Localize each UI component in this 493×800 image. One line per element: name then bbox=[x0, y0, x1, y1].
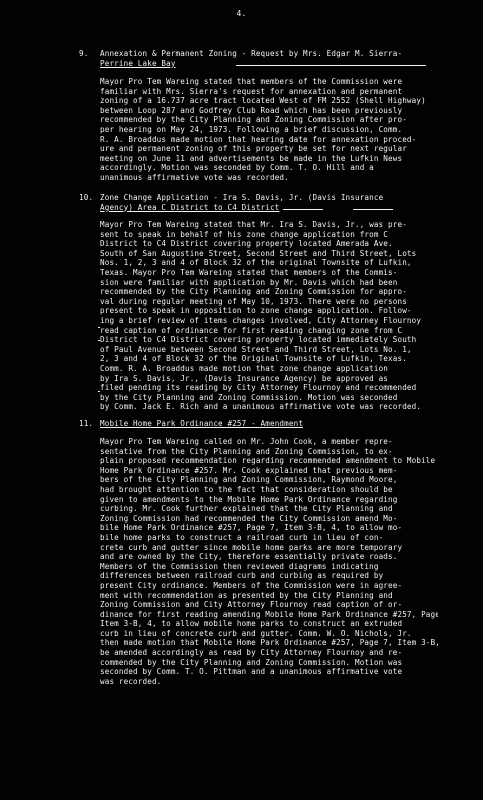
item-heading: Mobile Home Park Ordinance #257 - Amendm… bbox=[100, 419, 440, 429]
body-line: Nos. 1, 2, 3 and 4 of Block 32 of the or… bbox=[100, 258, 438, 268]
body-line: had brought attention to the fact that c… bbox=[100, 485, 438, 495]
body-line: by Comm. Jack E. Rich and a unanimous af… bbox=[100, 402, 438, 412]
item-number: 9. bbox=[79, 49, 99, 59]
body-line: Comm. R. A. Broaddus made motion that zo… bbox=[100, 364, 438, 374]
body-line: Mayor Pro Tem Wareing called on Mr. John… bbox=[100, 437, 438, 447]
body-line: familiar with Mrs. Sierra's request for … bbox=[100, 87, 438, 97]
heading-text: Perrine Lake Bay bbox=[100, 59, 176, 68]
body-line: Zoning Commission had recommended the Ci… bbox=[100, 514, 438, 524]
body-line: curb in lieu of concrete curb and gutter… bbox=[100, 629, 438, 639]
body-line: ure and permanent zoning of this propert… bbox=[100, 144, 438, 154]
item-body: Mayor Pro Tem Wareing called on Mr. John… bbox=[100, 437, 438, 686]
fill-rule bbox=[236, 59, 426, 66]
body-line: bile home parks to construct a railroad … bbox=[100, 533, 438, 543]
page-number: 4. bbox=[0, 9, 483, 19]
body-line: given to amendments to the Mobile Home P… bbox=[100, 495, 438, 505]
body-line: present to speak in opposition to zone c… bbox=[100, 306, 438, 316]
body-line: unanimous affirmative vote was recorded. bbox=[100, 173, 438, 183]
body-line: District to C4 District covering propert… bbox=[100, 335, 438, 345]
body-line: plain proposed recommendation regarding … bbox=[100, 456, 438, 466]
heading-line: Zone Change Application - Ira S. Davis, … bbox=[100, 193, 440, 203]
scan-edge-strip bbox=[483, 0, 493, 800]
body-line: then made motion that Mobile Home Park O… bbox=[100, 638, 438, 648]
body-line: bile Home Park Ordinance #257, Page 7, I… bbox=[100, 523, 438, 533]
body-line: Home Park Ordinance #257. Mr. Cook expla… bbox=[100, 466, 438, 476]
body-line: be amended accordingly as read by City A… bbox=[100, 648, 438, 658]
body-line: Zoning Commission and City Attorney Flou… bbox=[100, 600, 438, 610]
body-line: sent to speak in behalf of his zone chan… bbox=[100, 230, 438, 240]
body-line: dinance for first reading amending Mobil… bbox=[100, 610, 438, 620]
body-line: val during regular meeting of May 10, 19… bbox=[100, 297, 438, 307]
body-line: Mayor Pro Tem Wareing stated that member… bbox=[100, 77, 438, 87]
body-line: seconded by Comm. T. O. Pittman and a un… bbox=[100, 667, 438, 677]
body-line: crete curb and gutter since mobile home … bbox=[100, 543, 438, 553]
margin-mark bbox=[98, 391, 100, 392]
scanned-document-page: 4. 9. Annexation & Permanent Zoning - Re… bbox=[0, 0, 483, 800]
body-line: Members of the Commission then reviewed … bbox=[100, 562, 438, 572]
body-line: and are owned by the City, therefore ess… bbox=[100, 552, 438, 562]
margin-mark bbox=[98, 327, 100, 328]
heading-text: Agency) Area C District to C4 District bbox=[100, 203, 279, 212]
heading-line-underlined: Agency) Area C District to C4 District bbox=[100, 203, 440, 213]
body-line: filed pending its reading by City Attorn… bbox=[100, 383, 438, 393]
body-line: of Paul Avenue between Second Street and… bbox=[100, 345, 438, 355]
body-line: was recorded. bbox=[100, 677, 438, 687]
item-number: 11. bbox=[79, 419, 99, 429]
item-body: Mayor Pro Tem Wareing stated that member… bbox=[100, 77, 438, 183]
item-body: Mayor Pro Tem Wareing stated that Mr. Ir… bbox=[100, 220, 438, 412]
fill-rule bbox=[283, 203, 323, 210]
body-line: ment with recommendation as presented by… bbox=[100, 591, 438, 601]
body-line: R. A. Broaddus made motion that hearing … bbox=[100, 135, 438, 145]
body-line: meeting on June 11 and advertisements be… bbox=[100, 154, 438, 164]
fill-rule bbox=[353, 203, 393, 210]
body-line: 2, 3 and 4 of Block 32 of the Original T… bbox=[100, 354, 438, 364]
body-line: Texas. Mayor Pro Tem Wareing stated that… bbox=[100, 268, 438, 278]
body-line: commended by the City Planning and Zonin… bbox=[100, 658, 438, 668]
margin-mark bbox=[98, 340, 100, 341]
item-number: 10. bbox=[79, 193, 99, 203]
body-line: read caption of ordinance for first read… bbox=[100, 326, 438, 336]
body-line: accordingly. Motion was seconded by Comm… bbox=[100, 163, 438, 173]
body-line: differences between railroad curb and cu… bbox=[100, 571, 438, 581]
item-heading: Annexation & Permanent Zoning - Request … bbox=[100, 49, 440, 68]
body-line: by the City Planning and Zoning Commissi… bbox=[100, 393, 438, 403]
body-line: curbing. Mr. Cook further explained that… bbox=[100, 504, 438, 514]
body-line: District to C4 District covering propert… bbox=[100, 239, 438, 249]
body-line: sion were familiar with application by M… bbox=[100, 278, 438, 288]
body-line: South of San Augustine Street, Second St… bbox=[100, 249, 438, 259]
body-line: zoning of a 16.737 acre tract located We… bbox=[100, 96, 438, 106]
body-line: by Ira S. Davis, Jr., (Davis Insurance A… bbox=[100, 374, 438, 384]
body-line: per hearing on May 24, 1973. Following a… bbox=[100, 125, 438, 135]
body-line: bers of the City Planning and Zoning Com… bbox=[100, 475, 438, 485]
body-line: sentative from the City Planning and Zon… bbox=[100, 447, 438, 457]
body-line: between Loop 287 and Godfrey Club Road w… bbox=[100, 106, 438, 116]
item-heading: Zone Change Application - Ira S. Davis, … bbox=[100, 193, 440, 212]
body-line: ing a brief review of items changes invo… bbox=[100, 316, 438, 326]
heading-line-underlined: Perrine Lake Bay bbox=[100, 59, 440, 69]
heading-line: Annexation & Permanent Zoning - Request … bbox=[100, 49, 440, 59]
body-line: Mayor Pro Tem Wareing stated that Mr. Ir… bbox=[100, 220, 438, 230]
heading-line-underlined: Mobile Home Park Ordinance #257 - Amendm… bbox=[100, 419, 440, 429]
body-line: Item 3-B, 4, to allow mobile home parks … bbox=[100, 619, 438, 629]
body-line: present City ordinance. Members of the C… bbox=[100, 581, 438, 591]
body-line: recommended by the City Planning and Zon… bbox=[100, 287, 438, 297]
body-line: recommended by the City Planning and Zon… bbox=[100, 115, 438, 125]
